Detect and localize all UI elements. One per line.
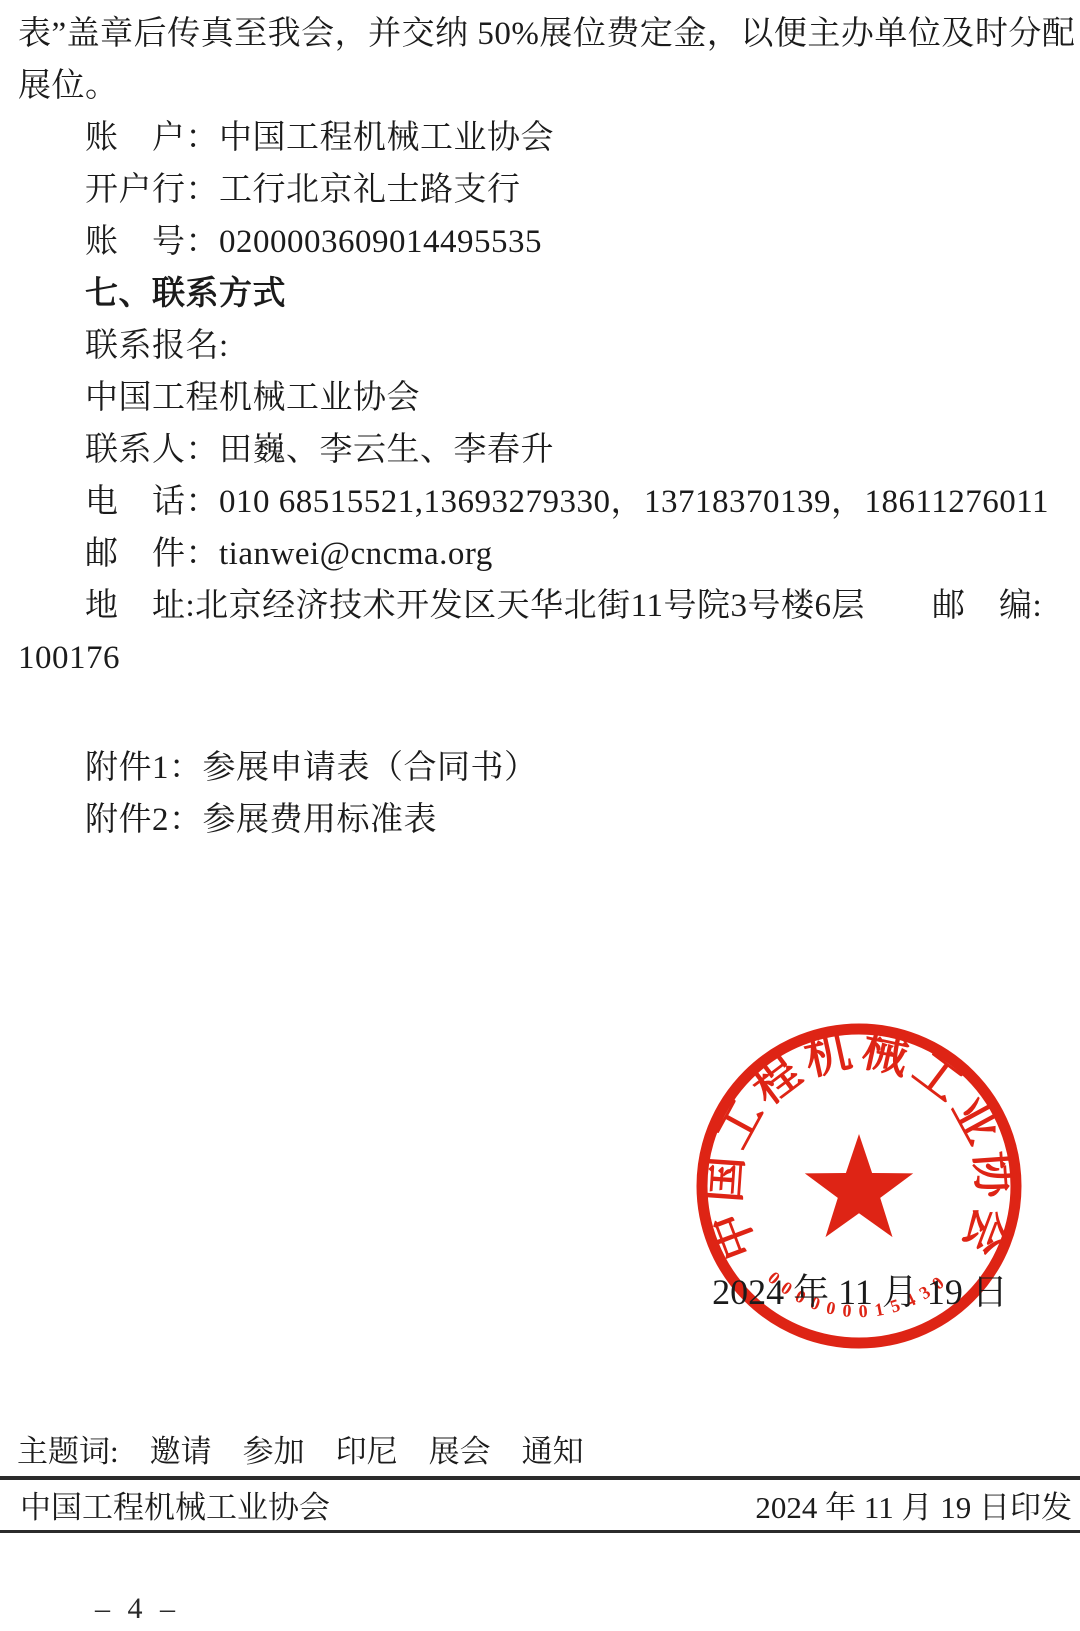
account-number-line: 账 号：0200003609014495535 [18, 216, 1068, 268]
footer-issue-date: 2024 年 11 月 19 日印发 [755, 1490, 1072, 1526]
subject-keywords-line: 主题词: 邀请 参加 印尼 展会 通知 [17, 1434, 584, 1470]
account-holder-line: 账 户：中国工程机械工业协会 [18, 112, 1068, 164]
body-line-continuation-2: 展位。 [18, 60, 1068, 112]
attachment-1-line: 附件1：参展申请表（合同书） [18, 742, 1068, 794]
issue-date: 2024 年 11 月 19 日 [650, 1272, 1070, 1312]
contact-signup-line: 联系报名: [18, 320, 1068, 372]
address-line: 地 址:北京经济技术开发区天华北街11号院3号楼6层 邮 编: [18, 580, 1068, 632]
official-seal: 中国工程机械工业协会 000000015430 [650, 980, 1070, 1400]
footer-divider-top [0, 1476, 1080, 1480]
footer-row: 中国工程机械工业协会 2024 年 11 月 19 日印发 [20, 1490, 1072, 1526]
section-heading-contact-info: 七、联系方式 [18, 268, 1068, 320]
page-number: – 4 – [95, 1592, 180, 1626]
footer-issuer: 中国工程机械工业协会 [20, 1490, 330, 1526]
document-page: 表”盖章后传真至我会，并交纳 50%展位费定金，以便主办单位及时分配 展位。 账… [0, 0, 1080, 1631]
organization-name-line: 中国工程机械工业协会 [18, 372, 1068, 424]
body-line-continuation-1: 表”盖章后传真至我会，并交纳 50%展位费定金，以便主办单位及时分配 [18, 8, 1068, 60]
contact-persons-line: 联系人：田巍、李云生、李春升 [18, 424, 1068, 476]
seal-star-icon [805, 1134, 913, 1237]
bank-branch-line: 开户行：工行北京礼士路支行 [18, 164, 1068, 216]
document-body: 表”盖章后传真至我会，并交纳 50%展位费定金，以便主办单位及时分配 展位。 账… [18, 8, 1068, 846]
attachment-2-line: 附件2：参展费用标准表 [18, 794, 1068, 846]
postcode-line: 100176 [18, 632, 1068, 684]
footer-divider-bottom [0, 1530, 1080, 1533]
phone-line: 电 话：010 68515521,13693279330，13718370139… [18, 476, 1068, 528]
email-line: 邮 件：tianwei@cncma.org [18, 528, 1068, 580]
